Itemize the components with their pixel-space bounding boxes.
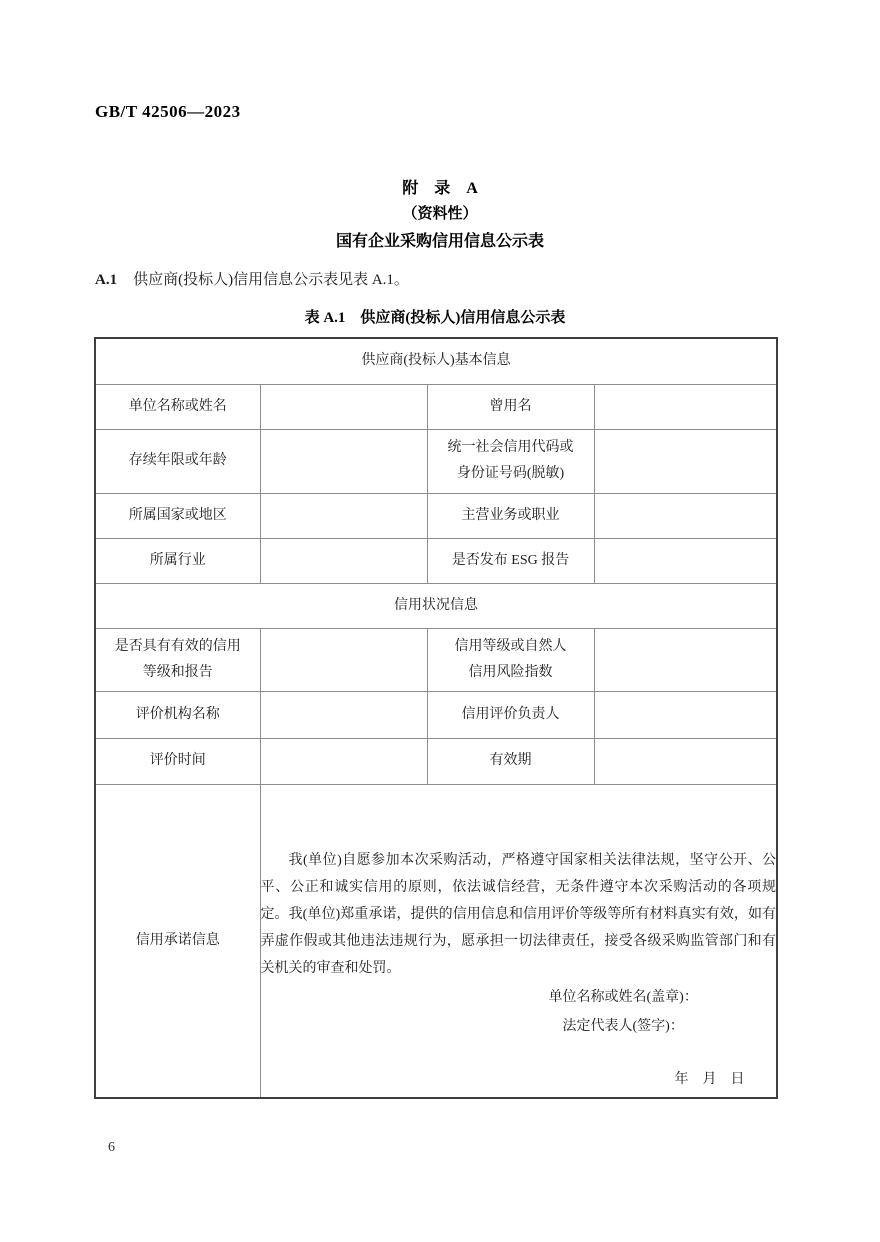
field-value-cell [594, 628, 777, 691]
clause-a1: A.1供应商(投标人)信用信息公示表见表 A.1。 [95, 268, 785, 289]
section-header-basic: 供应商(投标人)基本信息 [95, 338, 777, 384]
table-row: 是否具有有效的信用 等级和报告 信用等级或自然人 信用风险指数 [95, 628, 777, 691]
field-value-cell [260, 493, 427, 538]
table-row: 信用承诺信息 我(单位)自愿参加本次采购活动，严格遵守国家相关法律法规，坚守公开… [95, 784, 777, 1098]
field-value-cell [594, 493, 777, 538]
field-value-cell [260, 628, 427, 691]
table-row: 所属国家或地区 主营业务或职业 [95, 493, 777, 538]
commitment-cell: 我(单位)自愿参加本次采购活动，严格遵守国家相关法律法规，坚守公开、公平、公正和… [260, 784, 777, 1098]
field-label: 统一社会信用代码或 身份证号码(脱敏) [427, 429, 594, 493]
field-value-cell [260, 691, 427, 738]
field-label: 所属国家或地区 [95, 493, 260, 538]
appendix-heading: 国有企业采购信用信息公示表 [0, 228, 880, 251]
clause-number: A.1 [95, 272, 117, 288]
field-label: 是否发布 ESG 报告 [427, 538, 594, 583]
page-number: 6 [108, 1140, 115, 1156]
table-row: 存续年限或年龄 统一社会信用代码或 身份证号码(脱敏) [95, 429, 777, 493]
field-label: 有效期 [427, 738, 594, 784]
standard-number: GB/T 42506—2023 [95, 102, 241, 122]
field-value-cell [594, 538, 777, 583]
table-caption: 表 A.1 供应商(投标人)信用信息公示表 [94, 306, 776, 327]
field-value-cell [260, 738, 427, 784]
field-value-cell [594, 384, 777, 429]
table-row: 所属行业 是否发布 ESG 报告 [95, 538, 777, 583]
field-label: 单位名称或姓名 [95, 384, 260, 429]
field-label: 主营业务或职业 [427, 493, 594, 538]
date-line: 年 月 日 [675, 1067, 745, 1093]
section-header-credit: 信用状况信息 [95, 583, 777, 628]
signature-block: 单位名称或姓名(盖章)： 法定代表人(签字)： [549, 983, 698, 1041]
table-container: 供应商(投标人)基本信息 单位名称或姓名 曾用名 存续年限或年龄 统一社会信用代… [94, 337, 778, 1099]
table-row: 信用状况信息 [95, 583, 777, 628]
field-label: 是否具有有效的信用 等级和报告 [95, 628, 260, 691]
field-value-cell [594, 429, 777, 493]
seal-line: 单位名称或姓名(盖章)： [549, 983, 698, 1012]
field-label: 存续年限或年龄 [95, 429, 260, 493]
field-label: 所属行业 [95, 538, 260, 583]
field-label: 评价时间 [95, 738, 260, 784]
table-row: 供应商(投标人)基本信息 [95, 338, 777, 384]
field-value-cell [594, 691, 777, 738]
commitment-paragraph: 我(单位)自愿参加本次采购活动，严格遵守国家相关法律法规，坚守公开、公平、公正和… [261, 847, 777, 982]
field-label: 曾用名 [427, 384, 594, 429]
appendix-title: 附 录 A [0, 175, 880, 198]
field-value-cell [260, 429, 427, 493]
field-value-cell [260, 538, 427, 583]
table-row: 评价时间 有效期 [95, 738, 777, 784]
field-label: 信用等级或自然人 信用风险指数 [427, 628, 594, 691]
sign-line: 法定代表人(签字)： [549, 1012, 698, 1041]
table-row: 单位名称或姓名 曾用名 [95, 384, 777, 429]
appendix-subtitle: （资料性） [0, 202, 880, 223]
commitment-label: 信用承诺信息 [95, 784, 260, 1098]
field-label: 评价机构名称 [95, 691, 260, 738]
field-label: 信用评价负责人 [427, 691, 594, 738]
credit-info-table: 供应商(投标人)基本信息 单位名称或姓名 曾用名 存续年限或年龄 统一社会信用代… [94, 337, 778, 1099]
clause-text: 供应商(投标人)信用信息公示表见表 A.1。 [133, 272, 409, 288]
field-value-cell [594, 738, 777, 784]
field-value-cell [260, 384, 427, 429]
document-page: GB/T 42506—2023 附 录 A （资料性） 国有企业采购信用信息公示… [0, 0, 880, 1242]
table-row: 评价机构名称 信用评价负责人 [95, 691, 777, 738]
